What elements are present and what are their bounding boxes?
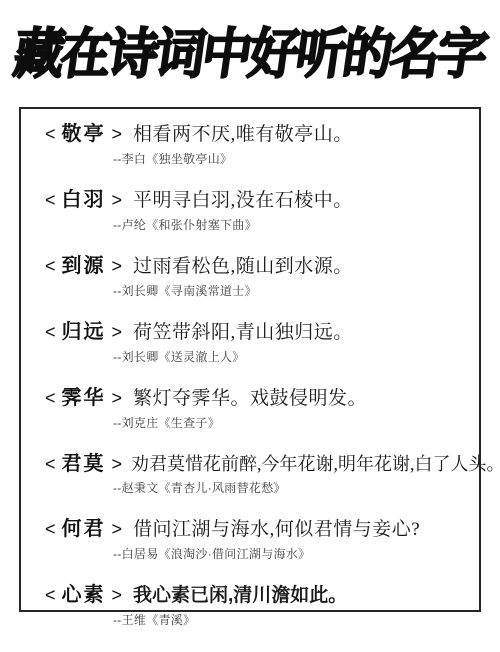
name-entry: < 霁华 > 繁灯夺霁华。戏鼓侵明发。 --刘克庄《生查子》 [45, 385, 473, 431]
open-bracket: < [45, 385, 56, 411]
verse-text: 我心素已闲,清川澹如此。 [133, 583, 347, 609]
entries-box: < 敬亭 > 相看两不厌,唯有敬亭山。 --李白《独坐敬亭山》 < 白羽 > 平… [19, 107, 481, 612]
close-bracket: > [112, 187, 123, 213]
name-entry: < 君莫 > 劝君莫惜花前醉,今年花谢,明年花谢,白了人头。 --赵秉文《青杏儿… [45, 451, 473, 496]
verse-text: 过雨看松色,随山到水源。 [133, 254, 353, 280]
name-text: 君莫 [62, 451, 106, 477]
verse-text: 相看两不厌,唯有敬亭山。 [133, 122, 353, 148]
open-bracket: < [45, 253, 56, 279]
verse-text: 借问江湖与海水,何似君情与妾心? [133, 517, 420, 543]
open-bracket: < [45, 121, 56, 147]
open-bracket: < [45, 516, 56, 542]
name-text: 归远 [62, 319, 106, 345]
name-entry: < 到源 > 过雨看松色,随山到水源。 --刘长卿《寻南溪常道士》 [45, 253, 473, 299]
source-text: --王维《青溪》 [113, 613, 473, 628]
name-entry: < 心素 > 我心素已闲,清川澹如此。 --王维《青溪》 [45, 582, 473, 628]
source-text: --刘长卿《送灵澈上人》 [113, 350, 473, 365]
entry-line: < 归远 > 荷笠带斜阳,青山独归远。 [45, 319, 473, 346]
poster: 藏在诗词中好听的名字 < 敬亭 > 相看两不厌,唯有敬亭山。 --李白《独坐敬亭… [0, 0, 500, 652]
name-text: 何君 [62, 516, 106, 542]
source-text: --刘克庄《生查子》 [113, 416, 473, 431]
entry-line: < 到源 > 过雨看松色,随山到水源。 [45, 253, 473, 280]
name-text: 心素 [62, 582, 106, 608]
close-bracket: > [112, 582, 123, 608]
entry-line: < 白羽 > 平明寻白羽,没在石棱中。 [45, 187, 473, 214]
name-text: 霁华 [62, 385, 106, 411]
close-bracket: > [112, 451, 123, 477]
verse-text: 繁灯夺霁华。戏鼓侵明发。 [133, 386, 367, 412]
close-bracket: > [112, 516, 123, 542]
name-entry: < 敬亭 > 相看两不厌,唯有敬亭山。 --李白《独坐敬亭山》 [45, 121, 473, 167]
entry-line: < 心素 > 我心素已闲,清川澹如此。 [45, 582, 473, 609]
open-bracket: < [45, 451, 56, 477]
close-bracket: > [112, 385, 123, 411]
name-text: 白羽 [62, 187, 106, 213]
verse-text: 荷笠带斜阳,青山独归远。 [133, 320, 353, 346]
entry-line: < 敬亭 > 相看两不厌,唯有敬亭山。 [45, 121, 473, 148]
name-text: 敬亭 [62, 121, 106, 147]
name-text: 到源 [62, 253, 106, 279]
open-bracket: < [45, 319, 56, 345]
source-text: --白居易《浪淘沙·借问江湖与海水》 [113, 547, 473, 562]
title-banner: 藏在诗词中好听的名字 [0, 0, 500, 100]
entry-line: < 君莫 > 劝君莫惜花前醉,今年花谢,明年花谢,白了人头。 [45, 451, 473, 477]
open-bracket: < [45, 582, 56, 608]
page-title: 藏在诗词中好听的名字 [10, 11, 491, 89]
source-text: --卢纶《和张仆射塞下曲》 [113, 218, 473, 233]
close-bracket: > [112, 253, 123, 279]
close-bracket: > [112, 121, 123, 147]
source-text: --赵秉文《青杏儿·风雨替花愁》 [113, 481, 473, 496]
verse-text: 平明寻白羽,没在石棱中。 [133, 188, 353, 214]
source-text: --刘长卿《寻南溪常道士》 [113, 284, 473, 299]
verse-text: 劝君莫惜花前醉,今年花谢,明年花谢,白了人头。 [131, 451, 500, 477]
close-bracket: > [112, 319, 123, 345]
source-text: --李白《独坐敬亭山》 [113, 152, 473, 167]
name-entry: < 何君 > 借问江湖与海水,何似君情与妾心? --白居易《浪淘沙·借问江湖与海… [45, 516, 473, 562]
name-entry: < 归远 > 荷笠带斜阳,青山独归远。 --刘长卿《送灵澈上人》 [45, 319, 473, 365]
entry-line: < 何君 > 借问江湖与海水,何似君情与妾心? [45, 516, 473, 543]
name-entry: < 白羽 > 平明寻白羽,没在石棱中。 --卢纶《和张仆射塞下曲》 [45, 187, 473, 233]
open-bracket: < [45, 187, 56, 213]
entry-line: < 霁华 > 繁灯夺霁华。戏鼓侵明发。 [45, 385, 473, 412]
